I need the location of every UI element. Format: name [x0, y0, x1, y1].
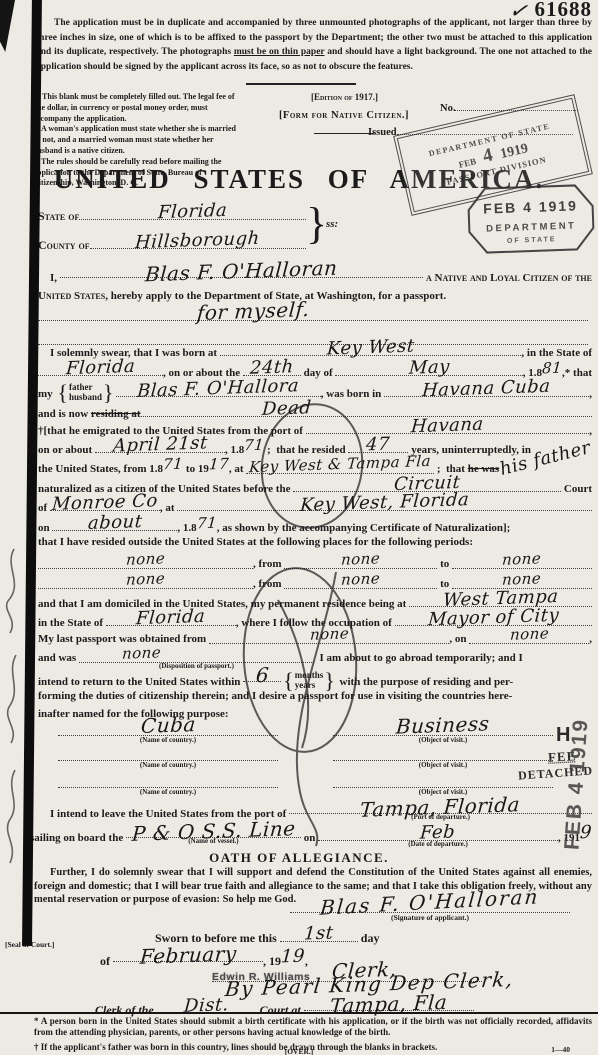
form-type-label: [Form for Native Citizen.]	[244, 110, 444, 121]
year-post-text: ,* that	[562, 367, 592, 379]
in-state-label: in the State of	[38, 617, 106, 629]
intro-paragraph: The application must be in duplicate and…	[36, 16, 592, 75]
field-abroad-place-2: none	[38, 575, 253, 589]
ss-label: ss:	[326, 218, 338, 230]
footnote-rule	[0, 1012, 598, 1014]
note-1: ☞ This blank must be completely filled o…	[33, 92, 243, 124]
handwritten-for-myself: for myself.	[196, 299, 310, 323]
field-father-birthplace: Havana Cuba	[384, 383, 589, 397]
purpose1-text: with the purpose of residing and per-	[337, 676, 513, 688]
in-state-text: , in the State of	[521, 347, 592, 359]
field-naturalization-date: about	[52, 517, 177, 531]
father-husband-stack: father husband	[68, 383, 103, 403]
note-1-text: This blank must be completely filled out…	[33, 92, 235, 123]
handwritten-from-year: 71	[163, 457, 184, 473]
state-label: State of	[38, 209, 79, 224]
last-passport-text: My last passport was obtained from	[38, 633, 209, 645]
octagon-date: FEB 4 1919	[483, 197, 578, 216]
united-states-text: United States,	[38, 290, 108, 302]
disposition-line: and was none (Disposition of passport.) …	[38, 649, 592, 664]
handwritten-applicant-name: Blas F. O'Halloran	[145, 258, 339, 285]
field-departure-port: Tampa, Florida (Port of departure.)	[289, 800, 592, 814]
field-object-2: (Object of visit.)	[333, 748, 553, 770]
my-text: my	[38, 388, 55, 400]
residing-at-struck: residing at	[91, 408, 141, 420]
handwritten-father-name: Blas F. O'Hallora	[137, 377, 300, 401]
field-passport-disposition: none (Disposition of passport.)	[79, 649, 314, 663]
i-label: I,	[50, 272, 60, 284]
handwritten-abroad-from-1: none	[341, 551, 381, 567]
handwritten-court-place: Key West, Florida	[299, 491, 469, 515]
note-2: A woman's application must state whether…	[33, 124, 243, 156]
countries-row-2: (Name of country.) (Object of visit.)	[58, 748, 553, 770]
handwritten-birthplace: Key West	[326, 337, 415, 358]
intro-underlined: must be on thin paper	[234, 47, 325, 57]
field-country-3: (Name of country.)	[58, 775, 278, 797]
day-of-text: day of	[301, 367, 336, 379]
to-pre-text: to 19	[183, 463, 209, 475]
he-was-struck: he was	[468, 463, 499, 475]
plate-number: 1—40	[551, 1045, 570, 1054]
divider-rule	[246, 83, 356, 85]
field-father-residence: Dead	[141, 403, 593, 417]
day-label-text: day	[358, 931, 380, 946]
comma3-text: ,	[589, 633, 592, 645]
field-permanent-residence: West Tampa	[409, 593, 592, 607]
handwritten-father-birthplace: Havana Cuba	[422, 377, 552, 400]
handwritten-residence-places: Key West & Tampa Fla	[249, 454, 432, 475]
court-at-line: Clerk of the Dist. Court at Tampa, Fla	[95, 997, 474, 1018]
handwritten-birth-state: Florida	[65, 358, 135, 378]
field-emigration-date: April 21st	[95, 439, 225, 453]
from-label-1: , from	[253, 558, 284, 570]
handwritten-emigration-port: Havana	[411, 416, 485, 437]
handwritten-last-passport-from: none	[309, 626, 349, 642]
field-birth-day: 24th	[243, 362, 301, 376]
county-label: County of	[38, 238, 90, 253]
handwritten-residence-state: Florida	[136, 608, 206, 628]
handwritten-year1: 71	[244, 438, 265, 454]
handwritten-abroad-from-2: none	[341, 571, 381, 587]
octagon-of-state: OF STATE	[507, 236, 557, 245]
oath-title: OATH OF ALLEGIANCE.	[0, 850, 598, 866]
department-of-state-stamp: FEB 4 1919 DEPARTMENT OF STATE	[465, 182, 597, 256]
return-text: intend to return to the United States wi…	[38, 676, 243, 688]
to-label-2: to	[437, 578, 452, 590]
margin-scribbles	[0, 545, 30, 875]
stamp-day: 4	[481, 144, 495, 168]
was-born-text: , was born in	[321, 388, 384, 400]
handwritten-abroad-place-2: none	[125, 571, 165, 587]
to-label-1: to	[437, 558, 452, 570]
brace-open: {	[57, 384, 68, 403]
resided-outside-line: that I have resided outside the United S…	[38, 536, 592, 548]
purpose2-text: forming the duties of citizenship therei…	[38, 690, 512, 702]
ss-brace: }	[306, 202, 327, 246]
of-month-text: of	[100, 954, 113, 969]
brace-open: {	[283, 672, 294, 691]
year2-pre-text: , 1.8	[177, 522, 196, 534]
field-country-2: (Name of country.)	[58, 748, 278, 770]
resided-outside-text: that I have resided outside the United S…	[38, 536, 473, 548]
handwritten-sworn-day: 1st	[303, 924, 334, 943]
handwritten-years-resided: 47	[366, 436, 391, 455]
handwritten-country-1: Cuba	[140, 714, 196, 736]
handwritten-abroad-to-1: none	[502, 551, 542, 567]
handwritten-emigration-date: April 21st	[112, 434, 208, 455]
field-return-within: 6	[243, 668, 281, 682]
return-within-line: intend to return to the United States wi…	[38, 668, 592, 688]
field-state: Florida	[79, 206, 306, 220]
field-court-place: Key West, Florida	[177, 497, 592, 511]
citizen-text: a Native and Loyal Citizen of the	[423, 272, 592, 284]
field-abroad-from-1: none	[284, 555, 437, 569]
abroad-row-1: none , from none to none	[38, 555, 592, 570]
state-line: State of Florida	[38, 206, 306, 224]
field-sworn-court-place: Tampa, Fla	[304, 997, 474, 1011]
handwritten-father-residence: Dead	[261, 399, 312, 419]
form-type-rule	[314, 133, 374, 134]
field-departure-date: Feb (Date of departure.)	[318, 827, 558, 841]
comma-text: ,	[589, 388, 592, 400]
on-departure-text: on	[301, 832, 318, 844]
field-birth-state: Florida	[38, 362, 163, 376]
on-or-about-text: on or about	[38, 444, 95, 456]
field-sworn-month: February	[113, 948, 263, 962]
footnote-1: * A person born in the United States sho…	[34, 1016, 592, 1038]
field-birthplace: Key West	[220, 342, 522, 356]
field-abroad-place-1: none	[38, 555, 253, 569]
brace-close: }	[324, 672, 335, 691]
on2-text: on	[38, 522, 52, 534]
for-whom-line: for myself.	[38, 304, 588, 321]
handwritten-abroad-place-1: none	[125, 551, 165, 567]
apply-line: United States, hereby apply to the Depar…	[38, 290, 592, 302]
handwritten-abroad-to-2: none	[502, 571, 542, 587]
field-sworn-day: 1st	[280, 928, 358, 942]
brace-close: }	[103, 384, 114, 403]
vessel-label: (Name of vessel.)	[126, 837, 301, 845]
of-text: of	[38, 502, 50, 514]
no-label: No.	[440, 103, 455, 114]
scan-edge-mark	[0, 0, 15, 52]
vessel-line: sailing on board the P & O S.S. Line (Na…	[30, 824, 592, 845]
edition-label: [Edition of 1917.]	[252, 92, 437, 102]
field-emigration-port: Havana	[306, 420, 590, 434]
field-last-passport-from: none	[209, 630, 449, 644]
field-occupation: Mayor of City	[395, 612, 592, 626]
country-label-1: (Name of country.)	[58, 736, 278, 745]
field-residence-state: Florida	[106, 612, 236, 626]
field-abroad-to-1: none	[452, 555, 592, 569]
abroad-text: I am about to go abroad temporarily; and…	[314, 652, 523, 664]
county-line: County of Hillsborough	[38, 235, 306, 253]
field-object-1: Business (Object of visit.)	[333, 718, 553, 745]
handwritten-year2: 71	[196, 516, 217, 532]
handwritten-state: Florida	[157, 202, 227, 222]
and-now-text: and is now	[38, 408, 91, 420]
at2-text: , at	[160, 502, 177, 514]
over-label: [OVER.]	[0, 1047, 598, 1055]
field-county: Hillsborough	[90, 235, 306, 249]
sailing-text: sailing on board the	[30, 832, 126, 844]
passport-application-form: ✓ 61688 The application must be in dupli…	[0, 0, 598, 1055]
handwritten-birth-month: May	[408, 358, 450, 377]
departure-date-label: (Date of departure.)	[318, 840, 558, 848]
on-label: , on	[449, 633, 469, 645]
handwritten-disposition: none	[121, 645, 161, 661]
father-husband-brace: { father husband }	[57, 383, 113, 403]
field-father-name: Blas F. O'Hallora	[116, 383, 321, 397]
comma2-text: ,	[589, 425, 592, 437]
and-was-text: and was	[38, 652, 79, 664]
from-pre-text: the United States, from 1.8	[38, 463, 163, 475]
country-label-3: (Name of country.)	[58, 788, 278, 797]
naturalization-date-line: on about , 1.871, as shown by the accomp…	[38, 517, 592, 534]
object-label-1: (Object of visit.)	[333, 736, 553, 745]
court-text: Court	[561, 483, 592, 495]
months-years-stack: months years	[294, 671, 325, 691]
father-line: my { father husband } Blas F. O'Hallora …	[38, 380, 592, 400]
resided-at-line: the United States, from 1.871 to 1917, a…	[38, 458, 592, 476]
handwritten-object-1: Business	[396, 713, 491, 736]
signature-block: Blas F. O'Halloran (Signature of applica…	[290, 888, 570, 923]
signature-line: Blas F. O'Halloran	[290, 888, 570, 913]
handwritten-birth-year: 81	[541, 361, 562, 377]
emigration-date-line: on or about April 21st , 1.871 ; that he…	[38, 439, 592, 456]
applicant-line: I, Blas F. O'Halloran a Native and Loyal…	[38, 264, 592, 284]
father-residence-line: and is now residing at Dead	[38, 403, 592, 420]
countries-row-1: Cuba (Name of country.) Business (Object…	[58, 718, 553, 745]
field-abroad-from-2: none	[284, 575, 437, 589]
field-birth-month: May	[335, 362, 522, 376]
handwritten-to-year: 17	[208, 457, 229, 473]
shown-text: , as shown by the accompanying Certifica…	[217, 522, 511, 534]
last-passport-line: My last passport was obtained from none …	[38, 630, 592, 645]
field-residence-places: Key West & Tampa Fla	[246, 460, 434, 474]
at-text: , at	[229, 463, 246, 475]
husband-option: husband	[69, 393, 102, 403]
departure-port-label: (Port of departure.)	[289, 813, 592, 821]
purpose2-line: forming the duties of citizenship therei…	[38, 690, 592, 702]
octagon-dept: DEPARTMENT	[486, 220, 577, 234]
handwritten-last-passport-date: none	[509, 626, 549, 642]
handwritten-county: Hillsborough	[135, 230, 261, 252]
field-last-passport-date: none	[469, 630, 589, 644]
stamp-month: FEB	[458, 156, 477, 170]
handwritten-naturalization-date: about	[87, 513, 143, 533]
months-years-brace: { months years }	[283, 671, 335, 691]
field-country-1: Cuba (Name of country.)	[58, 718, 278, 745]
handwritten-return-within: 6	[255, 665, 270, 686]
field-vessel: P & O S.S. Line (Name of vessel.)	[126, 824, 301, 838]
country-label-2: (Name of country.)	[58, 761, 278, 770]
field-applicant-name: Blas F. O'Halloran	[60, 264, 423, 278]
field-years-resided: 47	[348, 439, 408, 453]
domiciled-text: and that I am domiciled in the United St…	[38, 598, 409, 610]
field-court-of: Monroe Co	[50, 497, 160, 511]
departure-port-line: I intend to leave the United States from…	[38, 800, 592, 820]
from-label-2: , from	[253, 578, 284, 590]
